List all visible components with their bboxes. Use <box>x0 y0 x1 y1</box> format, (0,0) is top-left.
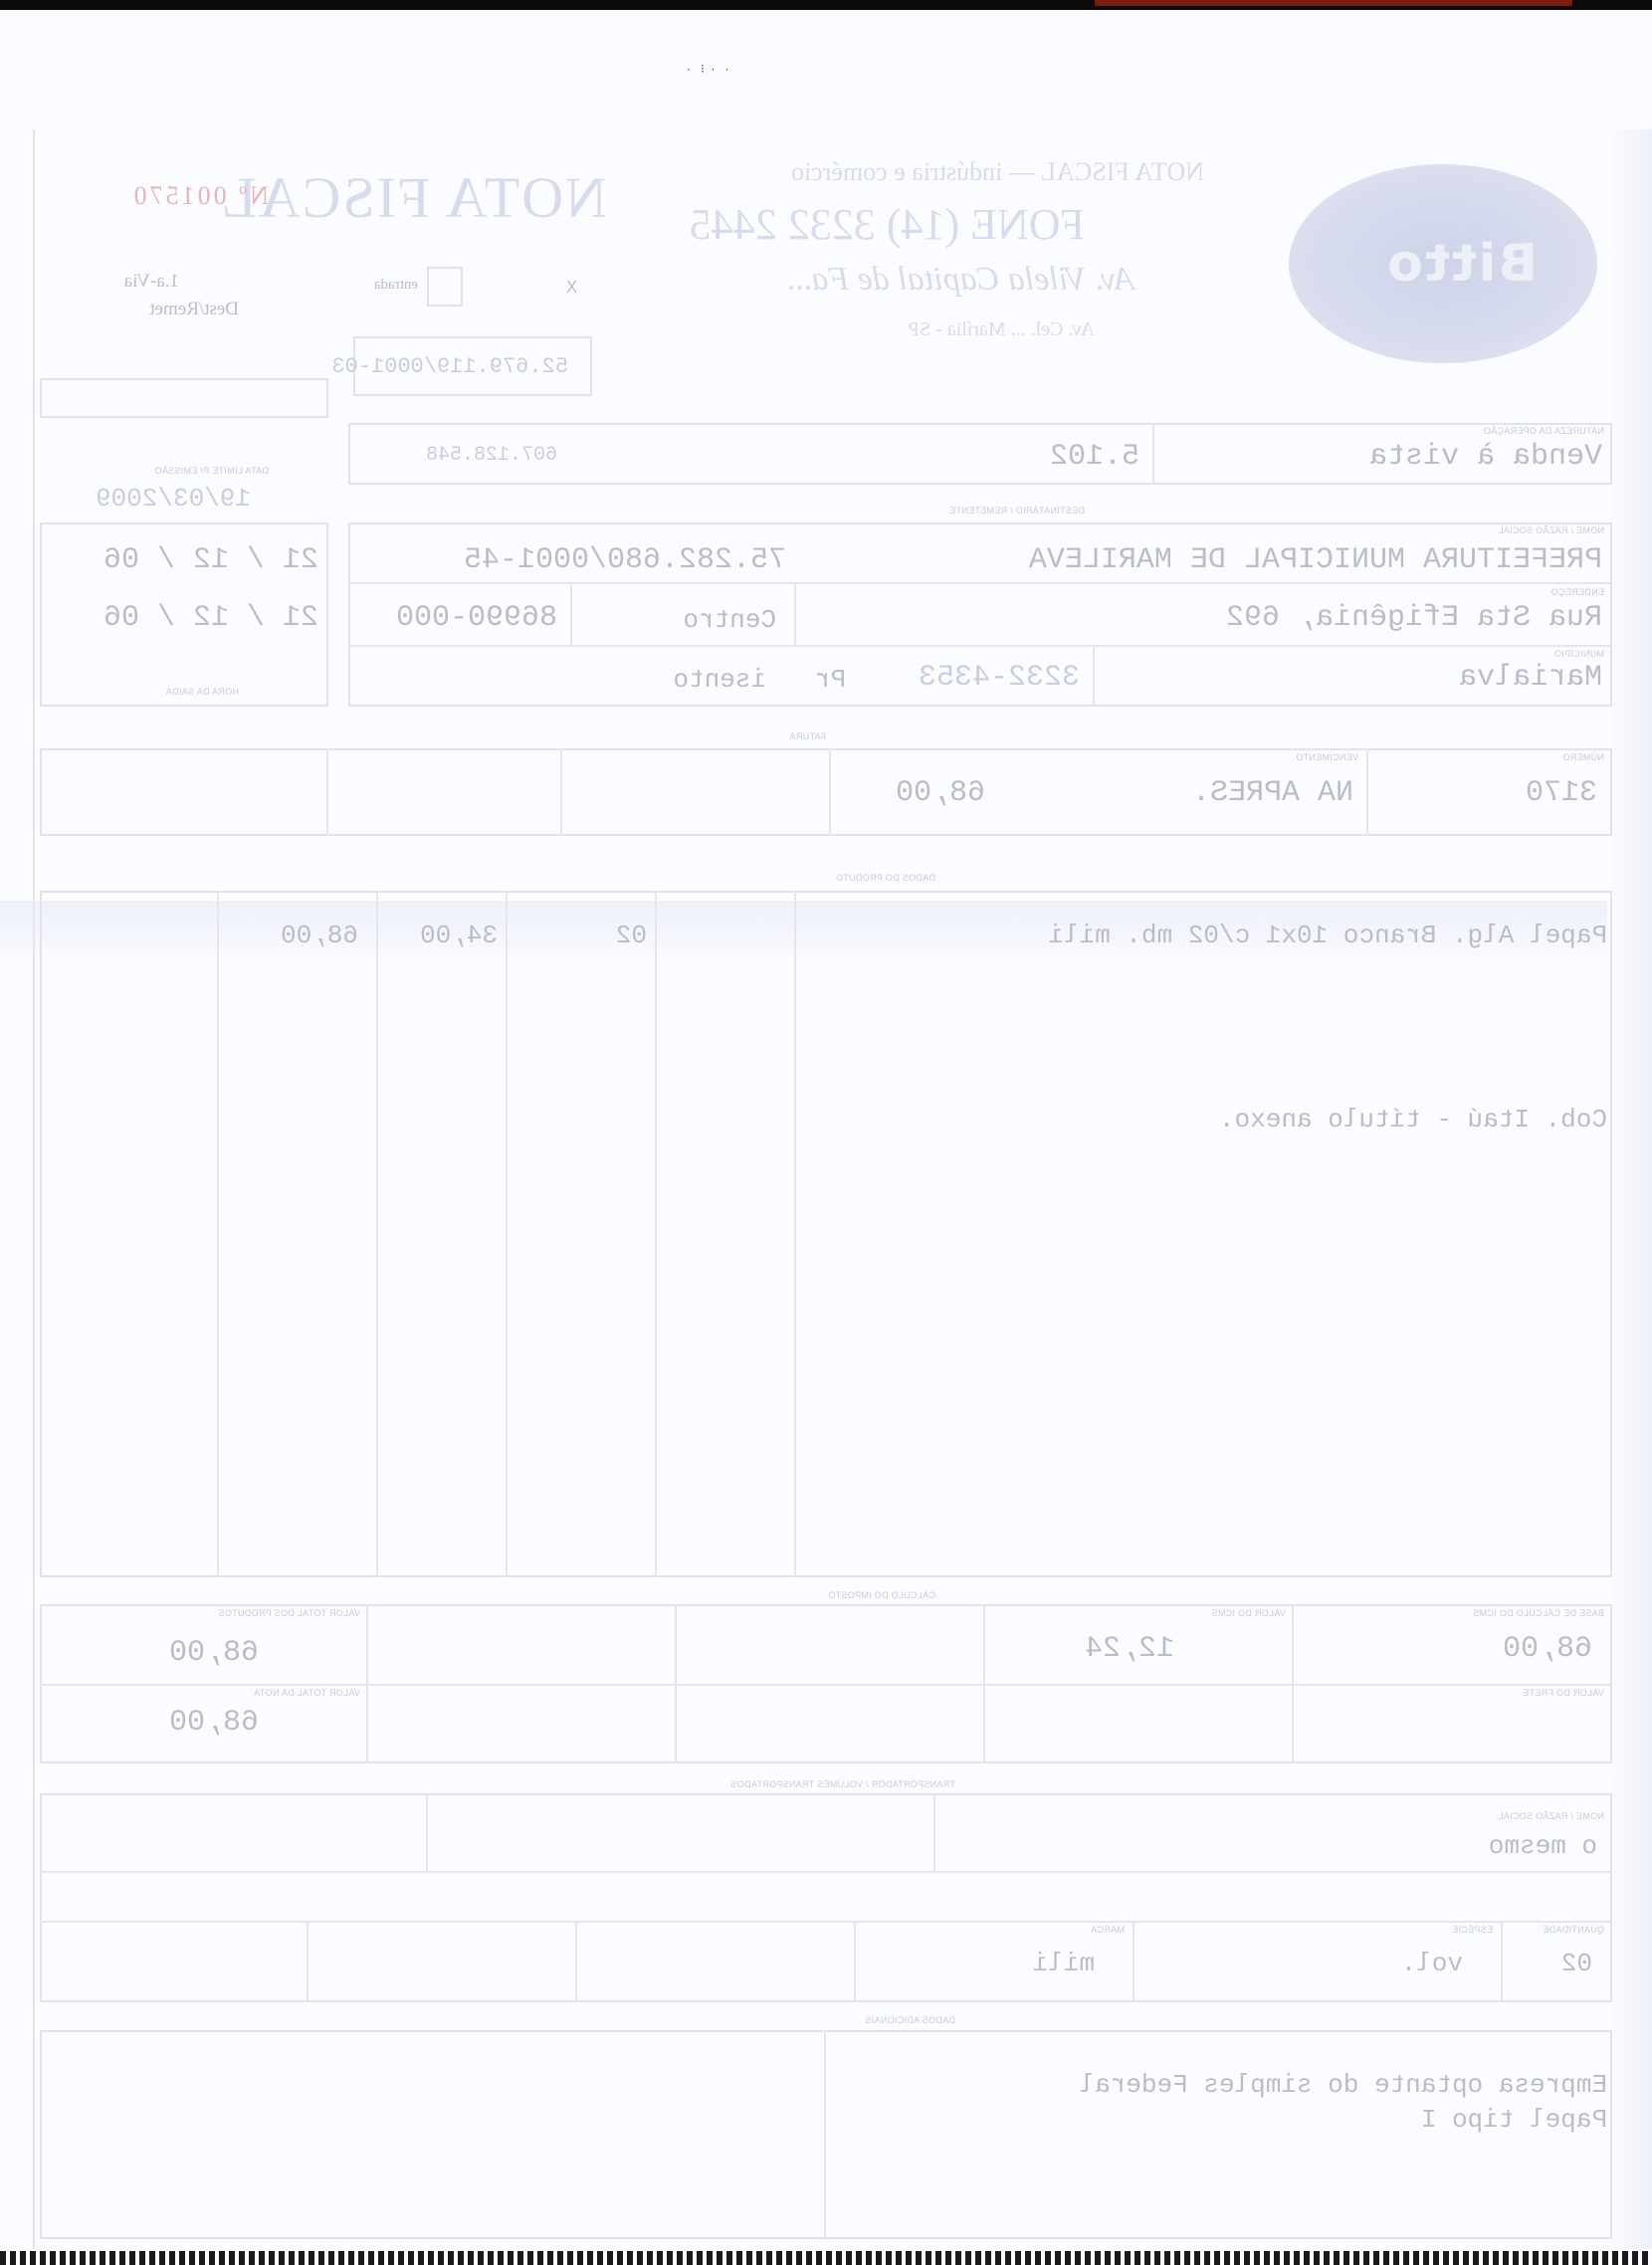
additional-info-line-2: Papel tipo I <box>1421 2105 1607 2135</box>
volumes-qty-label: QUANTIDADE <box>1543 1925 1604 1935</box>
divider <box>307 1921 309 2002</box>
column-divider <box>217 891 219 1577</box>
divider <box>1501 1921 1503 2002</box>
tractor-feed-perforation <box>0 2251 1652 2265</box>
billing-note: Cob. Itaú - título anexo. <box>1219 1105 1607 1134</box>
recipient-city: Marialva <box>1459 661 1602 695</box>
product-unit-price: 34,00 <box>420 921 498 950</box>
recipient-address-label: ENDEREÇO <box>1551 587 1604 597</box>
products-table <box>40 891 1612 1577</box>
total-invoice: 68,00 <box>169 1706 259 1740</box>
icms-base-label: BASE DE CÁLCULO DO ICMS <box>1473 1608 1604 1618</box>
divider <box>983 1604 985 1763</box>
recipient-cnpj: 75.282.680/0001-45 <box>464 543 786 577</box>
icms-value-label: VALOR DO ICMS <box>1211 1608 1286 1618</box>
invoice-value: 68,00 <box>896 776 985 810</box>
emission-limit-date: 19/03/2009 <box>96 484 251 514</box>
header-address-2: Av. Cel. ... Marília - SP <box>909 318 1095 341</box>
divider <box>794 582 796 645</box>
divider <box>1292 1604 1294 1763</box>
volumes-qty: 02 <box>1561 1949 1592 1978</box>
product-total: 68,00 <box>281 921 358 950</box>
freight-label: VALOR DO FRETE <box>1523 1688 1604 1698</box>
divider <box>560 748 562 836</box>
recipient-district: Centro <box>683 605 776 635</box>
recipient-uf: Pr <box>815 665 846 695</box>
divider <box>40 1684 1612 1686</box>
column-divider <box>506 891 508 1577</box>
serial-number: Nº 001570 <box>131 181 269 211</box>
recipient-city-label: MUNICÍPIO <box>1554 649 1604 659</box>
invoice-due: NA APRES. <box>1192 776 1353 810</box>
tax-section-label: CÁLCULO DO IMPOSTO <box>828 1590 935 1600</box>
header-top-line: NOTA FISCAL — indústria e comércio <box>791 157 1204 187</box>
issuer-cnpj: 52.679.119/0001-03 <box>331 354 568 379</box>
total-invoice-label: VALOR TOTAL DA NOTA <box>254 1688 360 1698</box>
divider <box>366 1604 368 1763</box>
icms-base: 68,00 <box>1503 1632 1592 1666</box>
recipient-section-label: DESTINATÁRIO / REMETENTE <box>949 506 1085 515</box>
additional-info-line-1: Empresa optante do simples Federal <box>1080 2070 1608 2100</box>
divider <box>348 582 1612 584</box>
invoice-number: 3170 <box>1526 776 1597 810</box>
column-divider <box>376 891 378 1577</box>
divider <box>348 645 1612 647</box>
cfop: 5.102 <box>1050 440 1139 474</box>
invoice-row <box>40 748 1612 836</box>
carrier-name: o mesmo <box>1489 1831 1597 1861</box>
series-value: X <box>566 279 577 299</box>
recipient-ie: isento <box>673 665 766 695</box>
logo-text: Bitto <box>1385 234 1538 294</box>
operation-label: NATUREZA DA OPERAÇÃO <box>1484 426 1604 436</box>
operation-nature: Venda à vista <box>1369 440 1602 474</box>
divider <box>1366 748 1368 836</box>
divider <box>675 1604 677 1763</box>
copy-sublabel: Dest/Remet <box>149 299 239 320</box>
divider <box>829 748 831 836</box>
volumes-species: vol. <box>1401 1949 1463 1978</box>
volumes-brand-label: MARCA <box>1091 1925 1125 1935</box>
recipient-cep: 86990-000 <box>396 601 557 635</box>
company-logo: Bitto <box>1289 164 1597 363</box>
divider <box>824 2030 826 2239</box>
additional-info-label: DADOS ADICIONAIS <box>865 2015 955 2025</box>
mirrored-invoice: Bitto NOTA FISCAL — indústria e comércio… <box>0 0 1652 2265</box>
recipient-phone: 3232-4353 <box>919 661 1080 695</box>
carrier-section-label: TRANSPORTADOR / VOLUMES TRANSPORTADOS <box>730 1779 955 1789</box>
divider <box>1093 645 1095 707</box>
product-qty: 02 <box>616 921 647 950</box>
emission-limit-label: DATA LIMITE P/ EMISSÃO <box>154 466 269 476</box>
total-products: 68,00 <box>169 1636 259 1670</box>
divider <box>933 1793 935 1871</box>
invoice-number-label: NÚMERO <box>1562 752 1604 762</box>
divider <box>575 1921 577 2002</box>
carrier-name-label: NOME / RAZÃO SOCIAL <box>1498 1811 1604 1821</box>
divider <box>40 1871 1612 1873</box>
dates-column <box>40 522 328 707</box>
volumes-brand: mili <box>1033 1949 1095 1978</box>
cnpj-box: 52.679.119/0001-03 <box>353 336 592 396</box>
sheet-margin <box>33 129 35 2249</box>
header-phone: FONE (14) 3232 2445 <box>690 199 1085 250</box>
recipient-name-label: NOME / RAZÃO SOCIAL <box>1498 525 1604 535</box>
entry-exit-box <box>427 267 463 307</box>
recipient-address: Rua Sta Efigênia, 692 <box>1226 601 1602 635</box>
recipient-name: PREFEITURA MUNICIPAL DE MARILEVA <box>1029 543 1602 577</box>
invoice-section-label: FATURA <box>789 731 826 741</box>
divider <box>426 1793 428 1871</box>
icms-value: 12,24 <box>1085 1632 1174 1666</box>
exit-hour-label: HORA DA SAÍDA <box>166 687 239 697</box>
stub-box <box>40 378 328 418</box>
divider <box>1133 1921 1135 2002</box>
column-divider <box>655 891 657 1577</box>
divider <box>40 1921 1612 1923</box>
divider <box>1152 423 1154 485</box>
additional-info-block <box>40 2030 1612 2239</box>
column-divider <box>794 891 796 1577</box>
copy-label: 1.a-Via <box>124 271 179 293</box>
volumes-species-label: ESPÉCIE <box>1452 1925 1493 1935</box>
state-registration: 607.128.548 <box>426 444 557 467</box>
divider <box>326 748 328 836</box>
products-section-label: DADOS DO PRODUTO <box>836 873 935 883</box>
document-title: NOTA FISCAL <box>219 164 607 231</box>
invoice-due-label: VENCIMENTO <box>1296 752 1358 762</box>
divider <box>854 1921 856 2002</box>
carrier-block <box>40 1793 1612 2002</box>
product-description: Papel Alg. Branco 10x1 c/02 mb. mili <box>1048 921 1607 950</box>
divider <box>570 582 572 645</box>
header-address-1: Av. Vilela Capital de Fa... <box>786 261 1135 299</box>
total-products-label: VALOR TOTAL DOS PRODUTOS <box>218 1608 360 1618</box>
entry-exit-label: entrada <box>374 277 418 294</box>
